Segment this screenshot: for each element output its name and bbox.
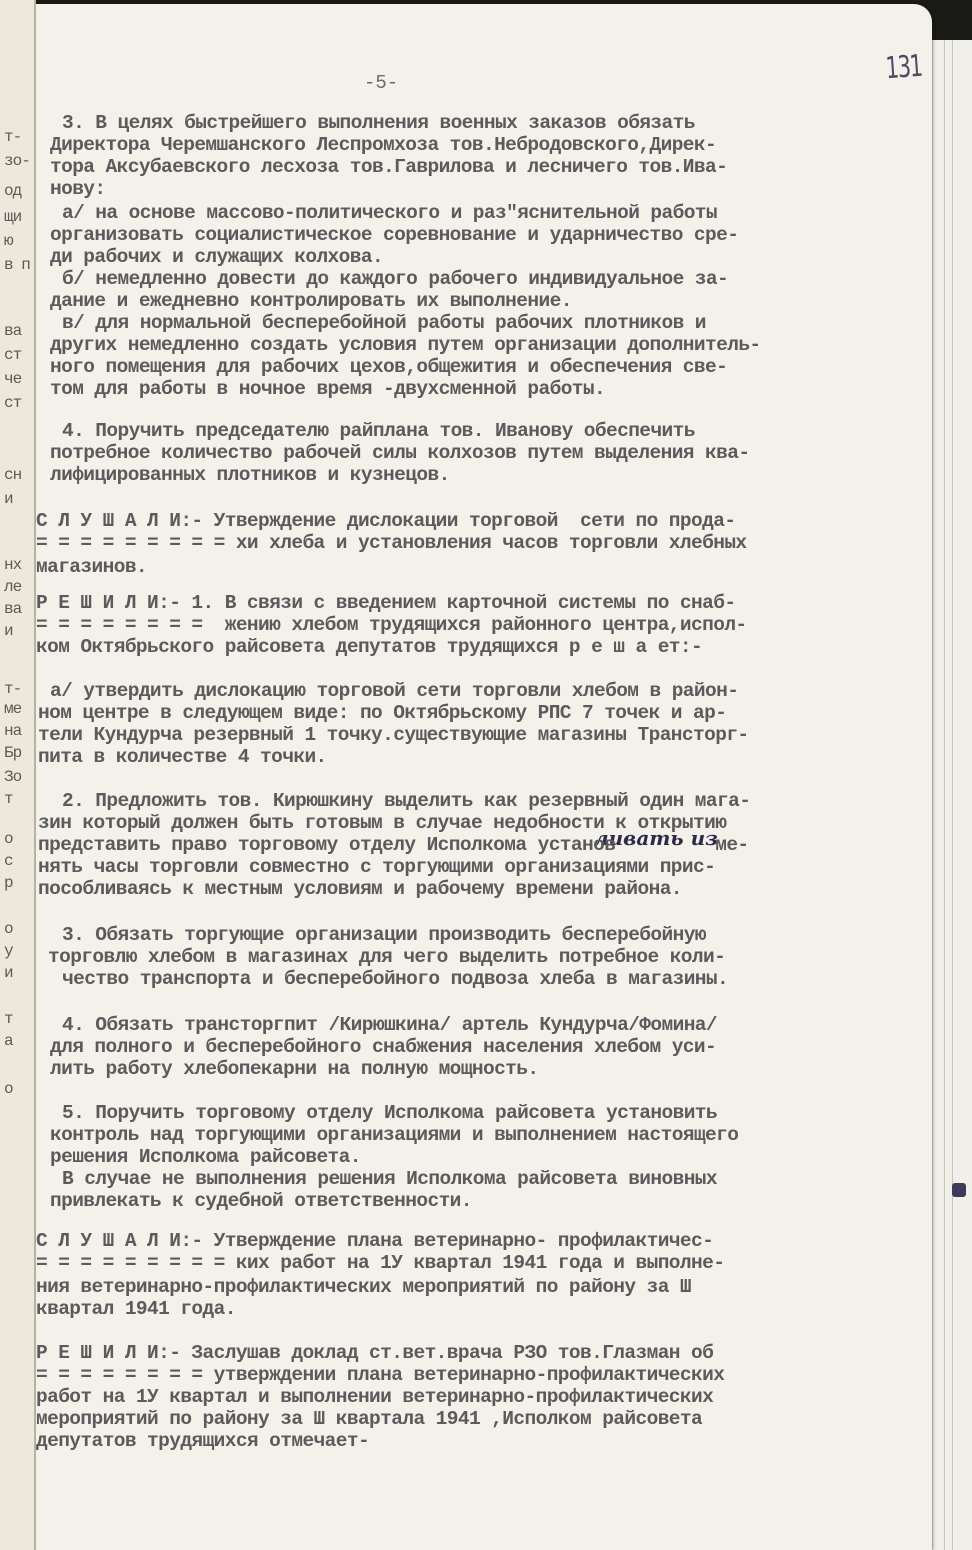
text-line: В случае не выполнения решения Исполкома… (62, 1168, 717, 1190)
left-page-text-fragment: р (4, 874, 13, 892)
text-line: привлекать к судебной ответственности. (50, 1190, 472, 1212)
text-line: лифицированных плотников и кузнецов. (50, 464, 450, 486)
text-line: пособливаясь к местным условиям и рабоче… (38, 878, 682, 900)
text-line: = = = = = = = = утверждении плана ветери… (36, 1364, 724, 1386)
text-line: 5. Поручить торговому отделу Исполкома р… (62, 1102, 717, 1124)
left-page-text-fragment: с (4, 852, 13, 870)
text-line: 2. Предложить тов. Кирюшкину выделить ка… (62, 790, 750, 812)
text-line: работ на 1У квартал и выполнении ветерин… (36, 1386, 713, 1408)
text-line: мероприятий по району за Ш квартала 1941… (36, 1408, 702, 1430)
text-line: квартал 1941 года. (36, 1298, 236, 1320)
left-page-text-fragment: ва (4, 600, 21, 618)
text-line: тели Кундурча резервный 1 точку.существу… (38, 724, 749, 746)
left-page-text-fragment: т- (4, 680, 21, 698)
left-page-text-fragment: а (4, 1032, 13, 1050)
left-page-text-fragment: од (4, 182, 21, 200)
text-line: С Л У Ш А Л И:- Утверждение дислокации т… (36, 510, 735, 532)
text-line: нять часы торговли совместно с торгующим… (38, 856, 715, 878)
text-line: для полного и бесперебойного снабжения н… (50, 1036, 716, 1058)
text-line: б/ немедленно довести до каждого рабочег… (62, 268, 728, 290)
left-page-text-fragment: т (4, 790, 13, 808)
text-line: а/ утвердить дислокацию торговой сети то… (50, 680, 738, 702)
typewritten-page: 131 -5- ливать из 3. В целях быстрейшего… (36, 4, 932, 1550)
left-page-text-fragment: ю (4, 232, 13, 250)
text-line: тора Аксубаевского лесхоза тов.Гаврилова… (50, 156, 727, 178)
page-number: -5- (364, 72, 398, 94)
text-line: 3. Обязать торгующие организации произво… (62, 924, 706, 946)
archive-folio-number: 131 (885, 49, 923, 86)
left-page-text-fragment: щи (4, 208, 21, 226)
text-line: организовать социалистическое соревнован… (50, 224, 738, 246)
text-line: решения Исполкома райсовета. (50, 1146, 361, 1168)
text-line: лить работу хлебопекарни на полную мощно… (50, 1058, 538, 1080)
text-line: магазинов. (36, 556, 147, 578)
ink-mark (952, 1183, 966, 1197)
text-line: С Л У Ш А Л И:- Утверждение плана ветери… (36, 1230, 713, 1252)
text-line: а/ на основе массово-политического и раз… (62, 202, 717, 224)
adjacent-left-page: т-зо-одщиюв пвастчестснинхлеваит-менаБрЗ… (0, 0, 36, 1550)
text-line: = = = = = = = = = ких работ на 1У кварта… (36, 1252, 724, 1274)
text-line: пита в количестве 4 точки. (38, 746, 327, 768)
text-line: контроль над торгующими организациями и … (50, 1124, 738, 1146)
text-line: торговлю хлебом в магазинах для чего выд… (48, 946, 725, 968)
left-page-text-fragment: и (4, 964, 13, 982)
text-line: = = = = = = = = жению хлебом трудящихся … (36, 614, 747, 636)
text-line: других немедленно создать условия путем … (50, 334, 761, 356)
left-page-text-fragment: т (4, 1010, 13, 1028)
text-line: 3. В целях быстрейшего выполнения военны… (62, 112, 695, 134)
text-line: потребное количество рабочей силы колхоз… (50, 442, 749, 464)
text-line: ного помещения для рабочих цехов,общежит… (50, 356, 727, 378)
left-page-text-fragment: ле (4, 578, 21, 596)
text-line: Р Е Ш И Л И:- Заслушав доклад ст.вет.вра… (36, 1342, 713, 1364)
text-line: представить право торговому отделу Испол… (38, 834, 749, 856)
text-line: 4. Поручить председателю райплана тов. И… (62, 420, 695, 442)
text-line: = = = = = = = = = хи хлеба и установлени… (36, 532, 747, 554)
text-line: ния ветеринарно-профилактических меропри… (36, 1276, 691, 1298)
text-line: 4. Обязать трансторгпит /Кирюшкина/ арте… (62, 1014, 717, 1036)
left-page-text-fragment: сн (4, 466, 21, 484)
left-page-text-fragment: ме (4, 700, 21, 718)
left-page-text-fragment: че (4, 370, 21, 388)
text-line: том для работы в ночное время -двухсменн… (50, 378, 605, 400)
text-line: Р Е Ш И Л И:- 1. В связи с введением кар… (36, 592, 735, 614)
left-page-text-fragment: о (4, 830, 13, 848)
text-line: ди рабочих и служащих колхова. (50, 246, 383, 268)
left-page-text-fragment: на (4, 722, 21, 740)
left-page-text-fragment: о (4, 920, 13, 938)
left-page-text-fragment: зо- (4, 152, 30, 170)
text-line: депутатов трудящихся отмечает- (36, 1430, 369, 1452)
text-line: зин который должен быть готовым в случае… (38, 812, 726, 834)
left-page-text-fragment: Бр (4, 744, 21, 762)
text-line: Директора Черемшанского Леспромхоза тов.… (50, 134, 716, 156)
left-page-text-fragment: ва (4, 322, 21, 340)
text-line: чество транспорта и бесперебойного подво… (62, 968, 728, 990)
text-line: нову: (50, 178, 106, 200)
left-page-text-fragment: ст (4, 394, 21, 412)
left-page-text-fragment: о (4, 1080, 13, 1098)
left-page-text-fragment: в п (4, 256, 30, 274)
left-page-text-fragment: у (4, 942, 13, 960)
left-page-text-fragment: ст (4, 346, 21, 364)
left-page-text-fragment: т- (4, 128, 21, 146)
left-page-text-fragment: Зо (4, 768, 21, 786)
left-page-text-fragment: нх (4, 556, 21, 574)
text-line: ком Октябрьского райсовета депутатов тру… (36, 636, 702, 658)
text-line: ном центре в следующем виде: по Октябрьс… (38, 702, 726, 724)
left-page-text-fragment: и (4, 490, 13, 508)
text-line: дание и ежедневно контролировать их выпо… (50, 290, 572, 312)
text-line: в/ для нормальной бесперебойной работы р… (62, 312, 706, 334)
left-page-text-fragment: и (4, 622, 13, 640)
